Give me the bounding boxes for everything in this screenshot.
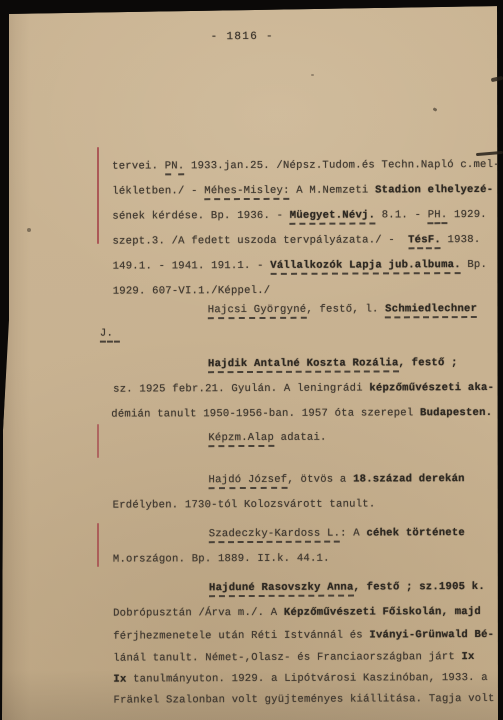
text-line: 149.1. - 1941. 191.1. - Vállalkozók Lapj…: [113, 259, 488, 274]
entry-heading-line: Hajcsi Györgyné, festő, l. Schmiedlechne…: [208, 303, 477, 317]
text-line: 1929. 607-VI.1./Képpel./: [113, 285, 271, 299]
text-line: J.: [100, 328, 120, 341]
text-line: szept.3. /A fedett uszoda tervpályázata.…: [112, 234, 480, 249]
text-line: lékletben./ - Méhes-Misley: A M.Nemzeti …: [112, 184, 493, 199]
entry-heading-line: Hajduné Rasovszky Anna, festő ; sz.1905 …: [209, 581, 485, 595]
text-line: férjhezmenetele után Réti Istvánnál és I…: [113, 629, 494, 644]
text-line: sének kérdése. Bp. 1936. - Müegyet.Névj.…: [112, 209, 487, 224]
text-line: lánál tanult. Német-,Olasz- és Franciaor…: [113, 651, 474, 666]
text-line: Képzm.Alap adatai.: [208, 432, 326, 446]
text-line: M.országon. Bp. 1889. II.k. 44.1.: [113, 553, 330, 567]
typewritten-text: - 1816 - tervei. PN. 1933.jan.25. /Népsz…: [0, 0, 503, 720]
text-line: Fränkel Szalonban volt gyüjteményes kiál…: [113, 693, 494, 708]
page-number: - 1816 -: [211, 31, 274, 43]
entry-heading-line: Szadeczky-Kardoss L.: A céhek története: [209, 527, 465, 541]
text-line: démián tanult 1950-1956-ban. 1957 óta sz…: [111, 407, 492, 422]
text-line: sz. 1925 febr.21. Gyulán. A leningrádi k…: [113, 382, 494, 397]
text-line: Erdélyben. 1730-tól Kolozsvárott tanult.: [113, 498, 376, 512]
text-line: Ix tanulmányuton. 1929. a Lipótvárosi Ka…: [113, 672, 488, 687]
text-line: tervei. PN. 1933.jan.25. /Népsz.Tudom.és…: [112, 159, 500, 174]
text-line: Dobrópusztán /Árva m./. A Képzőművészeti…: [113, 606, 481, 621]
entry-heading-line: Hajdik Antalné Koszta Rozália, festő ;: [208, 357, 458, 371]
entry-heading-line: Hajdó József, ötvös a 18.század derekán: [208, 473, 464, 487]
